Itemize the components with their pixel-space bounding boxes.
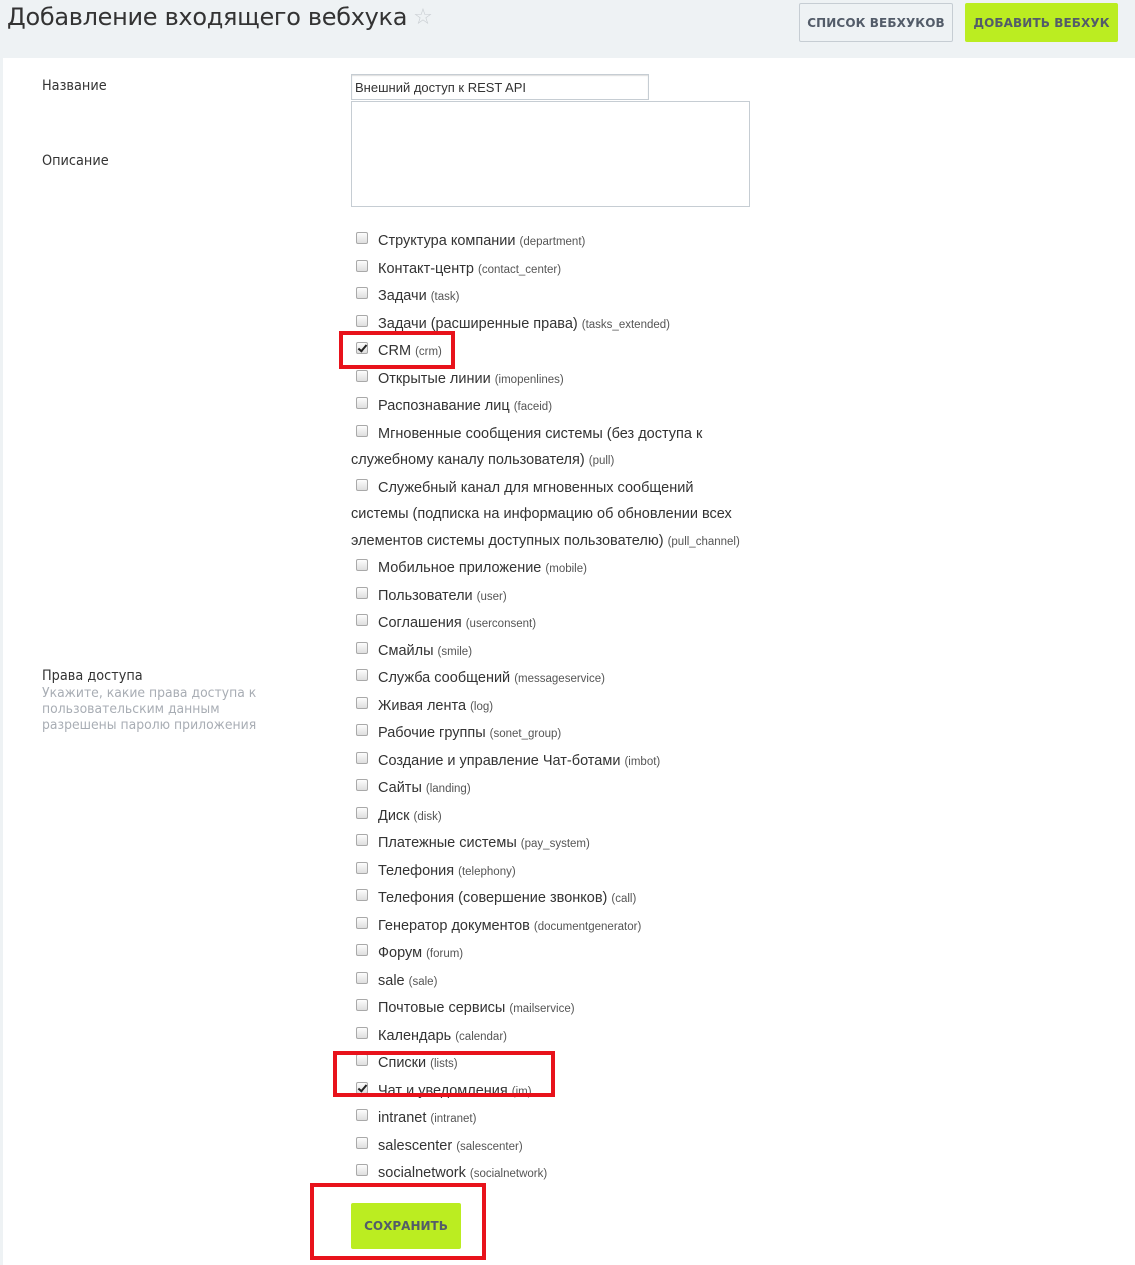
permission-checkbox[interactable] [356, 425, 368, 437]
permission-label: salescenter [378, 1138, 452, 1154]
permission-item[interactable]: Открытые линии (imopenlines) [351, 366, 751, 394]
permission-item[interactable]: Структура компании (department) [351, 228, 751, 256]
permission-checkbox[interactable] [356, 752, 368, 764]
permission-label: Контакт-центр [378, 261, 474, 277]
permission-code: (department) [520, 236, 586, 248]
permission-label: Создание и управление Чат-ботами [378, 753, 620, 769]
permission-label: Календарь [378, 1028, 451, 1044]
permission-checkbox[interactable] [356, 1082, 368, 1094]
permission-label: sale [378, 973, 405, 989]
permission-checkbox[interactable] [356, 779, 368, 791]
permission-label: Распознавание лиц [378, 398, 510, 414]
permission-checkbox[interactable] [356, 1027, 368, 1039]
permission-code: (log) [470, 701, 493, 713]
permission-code: (mobile) [545, 563, 587, 575]
permission-item[interactable]: Распознавание лиц (faceid) [351, 393, 751, 421]
permission-code: (pull_channel) [668, 536, 740, 548]
permission-checkbox[interactable] [356, 1164, 368, 1176]
permission-item[interactable]: Соглашения (userconsent) [351, 610, 751, 638]
permission-item[interactable]: Телефония (telephony) [351, 858, 751, 886]
description-label: Описание [42, 153, 109, 169]
permission-code: (userconsent) [466, 618, 536, 630]
permission-checkbox[interactable] [356, 587, 368, 599]
permission-checkbox[interactable] [356, 559, 368, 571]
page-title: Добавление входящего вебхука☆ [7, 3, 433, 31]
permission-item[interactable]: socialnetwork (socialnetwork) [351, 1160, 751, 1188]
permission-item[interactable]: Календарь (calendar) [351, 1023, 751, 1051]
permission-item[interactable]: Чат и уведомления (im) [351, 1078, 751, 1106]
permission-code: (calendar) [455, 1031, 507, 1043]
permission-label: Рабочие группы [378, 725, 486, 741]
permission-code: (lists) [430, 1058, 457, 1070]
permission-checkbox[interactable] [356, 1137, 368, 1149]
permission-checkbox[interactable] [356, 862, 368, 874]
star-icon[interactable]: ☆ [413, 5, 432, 30]
permission-label: Живая лента [378, 698, 466, 714]
permission-item[interactable]: Рабочие группы (sonet_group) [351, 720, 751, 748]
permission-checkbox[interactable] [356, 614, 368, 626]
permission-checkbox[interactable] [356, 1109, 368, 1121]
permission-checkbox[interactable] [356, 724, 368, 736]
permission-item[interactable]: Диск (disk) [351, 803, 751, 831]
permission-label: CRM [378, 343, 411, 359]
permission-code: (socialnetwork) [470, 1168, 547, 1180]
permission-code: (landing) [426, 783, 471, 795]
permission-item[interactable]: CRM (crm) [351, 338, 751, 366]
permission-code: (messageservice) [514, 673, 605, 685]
permission-item[interactable]: Форум (forum) [351, 940, 751, 968]
permission-checkbox[interactable] [356, 697, 368, 709]
permission-checkbox[interactable] [356, 999, 368, 1011]
add-webhook-button[interactable]: ДОБАВИТЬ ВЕБХУК [965, 3, 1118, 42]
permission-code: (faceid) [514, 401, 552, 413]
permission-code: (smile) [438, 646, 473, 658]
name-label: Название [42, 78, 107, 94]
page-header: Добавление входящего вебхука☆ СПИСОК ВЕБ… [0, 0, 1135, 58]
permission-item[interactable]: Контакт-центр (contact_center) [351, 256, 751, 284]
permission-item[interactable]: Служба сообщений (messageservice) [351, 665, 751, 693]
save-button[interactable]: СОХРАНИТЬ [351, 1203, 461, 1249]
permission-item[interactable]: Служебный канал для мгновенных сообщений… [351, 475, 751, 556]
permission-code: (task) [431, 291, 460, 303]
permission-checkbox[interactable] [356, 342, 368, 354]
permission-code: (call) [611, 893, 636, 905]
permission-item[interactable]: Живая лента (log) [351, 693, 751, 721]
permission-checkbox[interactable] [356, 479, 368, 491]
permission-label: Смайлы [378, 643, 434, 659]
permission-code: (sale) [409, 976, 438, 988]
permission-checkbox[interactable] [356, 972, 368, 984]
permission-checkbox[interactable] [356, 889, 368, 901]
permission-code: (im) [512, 1086, 532, 1098]
webhook-list-button[interactable]: СПИСОК ВЕБХУКОВ [799, 3, 953, 42]
permission-checkbox[interactable] [356, 1054, 368, 1066]
permission-label: Задачи (расширенные права) [378, 316, 578, 332]
permission-code: (imopenlines) [495, 374, 564, 386]
page-title-text: Добавление входящего вебхука [7, 3, 407, 31]
description-textarea[interactable] [351, 101, 750, 207]
permission-checkbox[interactable] [356, 642, 368, 654]
permission-item[interactable]: Задачи (task) [351, 283, 751, 311]
permission-code: (crm) [415, 346, 442, 358]
permission-item[interactable]: Пользователи (user) [351, 583, 751, 611]
permission-label: Пользователи [378, 588, 473, 604]
permission-label: intranet [378, 1110, 426, 1126]
permission-checkbox[interactable] [356, 232, 368, 244]
permission-item[interactable]: Создание и управление Чат-ботами (imbot) [351, 748, 751, 776]
permission-code: (imbot) [624, 756, 660, 768]
permission-code: (contact_center) [478, 264, 561, 276]
permission-code: (salescenter) [456, 1141, 522, 1153]
permission-checkbox[interactable] [356, 834, 368, 846]
permission-label: Телефония [378, 863, 454, 879]
permission-label: Почтовые сервисы [378, 1000, 505, 1016]
access-rights-title: Права доступа [42, 668, 143, 684]
permission-item[interactable]: Мобильное приложение (mobile) [351, 555, 751, 583]
permission-label: Мобильное приложение [378, 560, 541, 576]
permission-checkbox[interactable] [356, 370, 368, 382]
permission-label: Задачи [378, 288, 427, 304]
permission-label: Форум [378, 945, 422, 961]
permission-label: Платежные системы [378, 835, 517, 851]
permission-code: (documentgenerator) [534, 921, 641, 933]
permission-item[interactable]: Платежные системы (pay_system) [351, 830, 751, 858]
name-input[interactable] [351, 74, 649, 100]
permission-checkbox[interactable] [356, 315, 368, 327]
permission-code: (intranet) [430, 1113, 476, 1125]
permission-checkbox[interactable] [356, 669, 368, 681]
permission-checkbox[interactable] [356, 260, 368, 272]
permission-label: Открытые линии [378, 371, 491, 387]
permission-item[interactable]: Задачи (расширенные права) (tasks_extend… [351, 311, 751, 339]
permission-checkbox[interactable] [356, 807, 368, 819]
permission-item[interactable]: Смайлы (smile) [351, 638, 751, 666]
permission-item[interactable]: Телефония (совершение звонков) (call) [351, 885, 751, 913]
permission-code: (sonet_group) [490, 728, 562, 740]
access-rights-label: Права доступа [42, 668, 143, 684]
permission-checkbox[interactable] [356, 287, 368, 299]
permission-label: Мгновенные сообщения системы (без доступ… [351, 426, 702, 469]
permission-item[interactable]: intranet (intranet) [351, 1105, 751, 1133]
permission-item[interactable]: Мгновенные сообщения системы (без доступ… [351, 421, 751, 475]
permission-label: Соглашения [378, 615, 462, 631]
permission-label: Чат и уведомления [378, 1083, 508, 1099]
permission-code: (pay_system) [521, 838, 590, 850]
permission-label: Сайты [378, 780, 422, 796]
permission-code: (mailservice) [509, 1003, 574, 1015]
permission-item[interactable]: sale (sale) [351, 968, 751, 996]
permission-label: Списки [378, 1055, 426, 1071]
permission-code: (user) [477, 591, 507, 603]
permission-checkbox[interactable] [356, 944, 368, 956]
permission-label: Служба сообщений [378, 670, 510, 686]
permission-code: (pull) [589, 455, 615, 467]
webhook-form: Название Описание Права доступа Укажите,… [3, 58, 1135, 1265]
permission-item[interactable]: salescenter (salescenter) [351, 1133, 751, 1161]
permission-item[interactable]: Сайты (landing) [351, 775, 751, 803]
permission-code: (telephony) [458, 866, 516, 878]
access-rights-hint: Укажите, какие права доступа к пользоват… [42, 685, 290, 733]
permission-code: (disk) [414, 811, 442, 823]
permissions-list: Структура компании (department)Контакт-ц… [351, 228, 751, 1188]
permission-checkbox[interactable] [356, 917, 368, 929]
permission-label: Генератор документов [378, 918, 530, 934]
permission-item[interactable]: Почтовые сервисы (mailservice) [351, 995, 751, 1023]
permission-label: Структура компании [378, 233, 515, 249]
permission-label: Телефония (совершение звонков) [378, 890, 607, 906]
permission-item[interactable]: Списки (lists) [351, 1050, 751, 1078]
permission-code: (forum) [426, 948, 463, 960]
permission-label: Диск [378, 808, 410, 824]
permission-checkbox[interactable] [356, 397, 368, 409]
permission-label: socialnetwork [378, 1165, 466, 1181]
permission-item[interactable]: Генератор документов (documentgenerator) [351, 913, 751, 941]
permission-code: (tasks_extended) [582, 319, 670, 331]
